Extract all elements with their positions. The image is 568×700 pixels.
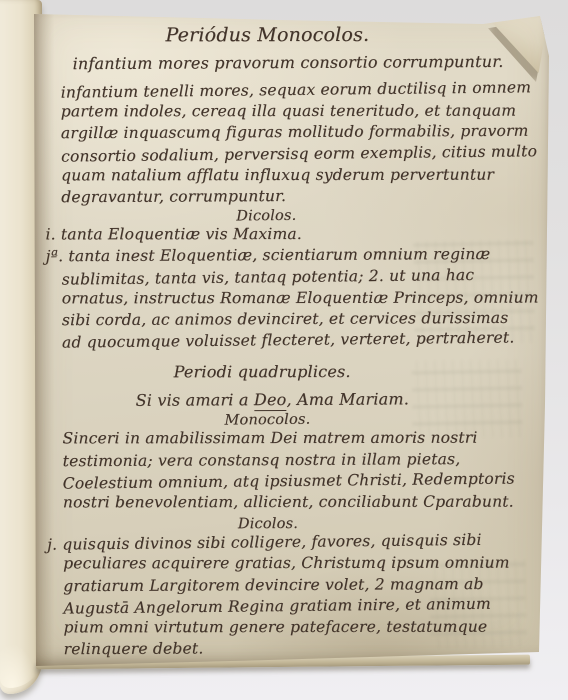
manuscript-line: i. tanta Eloquentiæ vis Maxima. bbox=[45, 224, 529, 246]
manuscript-line: ornatus, instructus Romanæ Eloquentiæ Pr… bbox=[62, 287, 530, 309]
photograph-background: Periódus Monocolos.infantium mores pravo… bbox=[0, 0, 568, 700]
manuscript-line: partem indoles, cereaq illa quasi teneri… bbox=[61, 101, 529, 123]
manuscript-line: Periodi quadruplices. bbox=[44, 361, 480, 384]
manuscript-line: degravantur, corrumpuntur. bbox=[61, 185, 529, 209]
page-content: Periódus Monocolos.infantium mores pravo… bbox=[42, 21, 531, 664]
manuscript-line: peculiares acquirere gratias, Christumq … bbox=[63, 553, 531, 575]
manuscript-line: ad quocumque voluisset flecteret, verter… bbox=[62, 328, 530, 355]
manuscript-line: pium omni virtutum genere patefacere, te… bbox=[63, 617, 531, 639]
manuscript-line: nostri benevolentiam, allicient, concili… bbox=[63, 492, 531, 514]
manuscript-line: quam natalium afflatu influxuq syderum p… bbox=[61, 164, 529, 186]
underlined-word: Deo bbox=[254, 390, 287, 411]
manuscript-line: Sinceri in amabilissimam Dei matrem amor… bbox=[62, 428, 530, 450]
manuscript-line: sublimitas, tanta vis, tantaq potentia; … bbox=[62, 264, 530, 291]
manuscript-line: Si vis amari a Deo, Ama Mariam. bbox=[44, 387, 500, 412]
manuscript-page: Periódus Monocolos.infantium mores pravo… bbox=[28, 4, 552, 666]
manuscript-line: infantium mores pravorum consortio corru… bbox=[72, 51, 528, 75]
manuscript-line: Periódus Monocolos. bbox=[42, 22, 492, 49]
manuscript-line: consortio sodalium, perversisq eorm exem… bbox=[61, 141, 529, 168]
